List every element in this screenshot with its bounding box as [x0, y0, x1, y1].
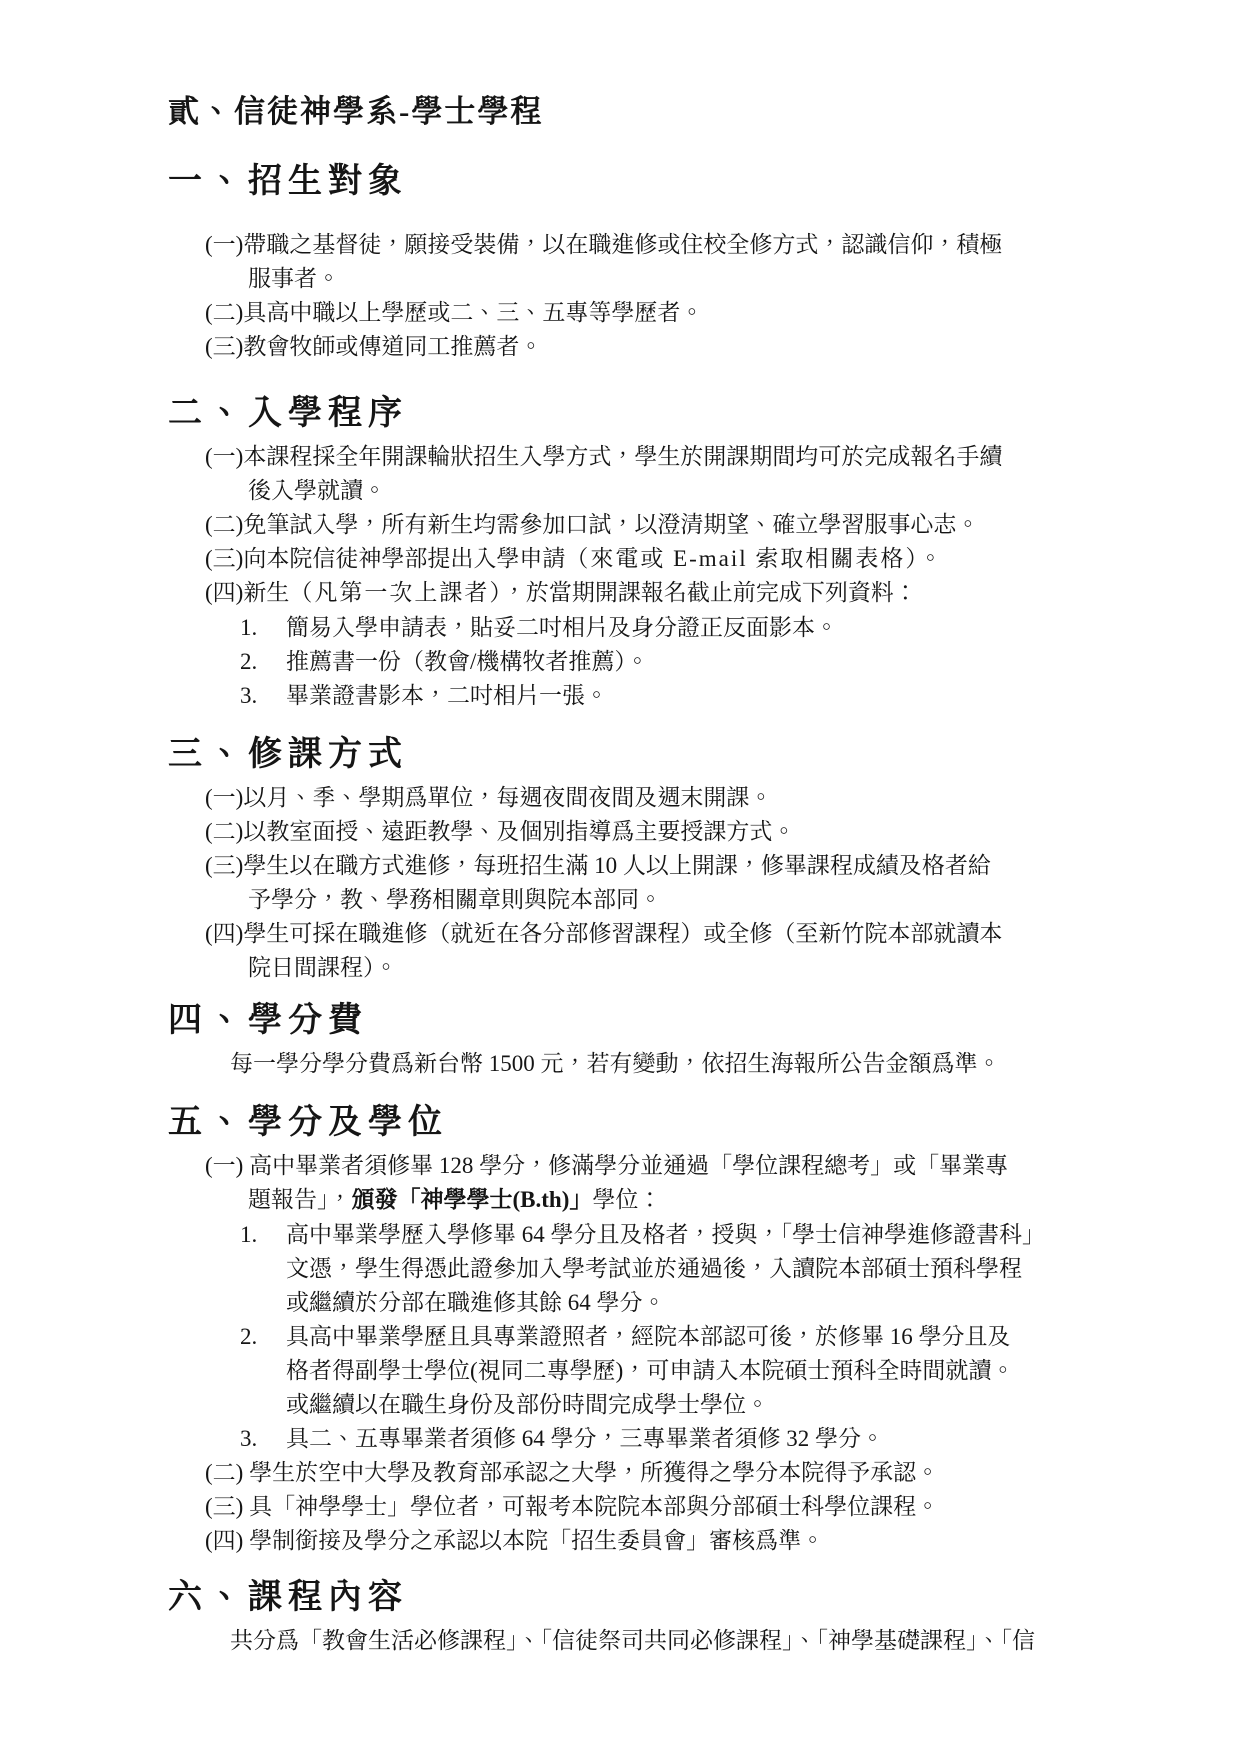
sub-item-text: 具高中畢業學歷且具專業證照者，經院本部認可後，於修畢 16 學分且及 格者得副學…: [286, 1320, 1185, 1422]
item-text: ，於當期開課報名截止前完成下列資料：: [503, 580, 917, 605]
section-heading: 四、學分費: [168, 999, 1185, 1043]
section-admission-targets: 一、招生對象 (一)帶職之基督徒，願接受裝備，以在職進修或住校全修方式，認識信仰…: [168, 160, 1185, 364]
list-item: (四)學生可採在職進修（就近在各分部修習課程）或全修（至新竹院本部就讀本 院日間…: [248, 917, 1185, 985]
sub-item-number: 2.: [240, 1320, 286, 1422]
sub-item: 3. 畢業證書影本，二吋相片一張。: [240, 679, 1185, 713]
list-item: (二)具高中職以上學歷或二、三、五專等學歷者。: [248, 296, 1185, 330]
section-heading: 六、課程內容: [168, 1576, 1185, 1620]
sub-item-number: 2.: [240, 645, 286, 679]
item-list: (一)帶職之基督徒，願接受裝備，以在職進修或住校全修方式，認識信仰，積極 服事者…: [168, 228, 1185, 364]
document-page: 貳、信徒神學系-學士學程 一、招生對象 (一)帶職之基督徒，願接受裝備，以在職進…: [0, 0, 1241, 1755]
sub-list: 1. 簡易入學申請表，貼妥二吋相片及身分證正反面影本。 2. 推薦書一份（教會/…: [240, 611, 1185, 713]
section-paragraph: 每一學分學分費爲新台幣 1500 元，若有變動，依招生海報所公告金額爲準。: [168, 1047, 1185, 1081]
sub-item: 1. 高中畢業學歷入學修畢 64 學分且及格者，授與，「學士信神學進修證書科」 …: [240, 1218, 1185, 1320]
list-item: (二)以教室面授、遠距教學、及個別指導爲主要授課方式。: [248, 815, 1185, 849]
item-text: (四)新生: [205, 580, 289, 605]
sub-item-number: 1.: [240, 611, 286, 645]
item-text-kai: （來電或 E-mail 索取相關表格）: [565, 546, 919, 571]
list-item: (三)教會牧師或傳道同工推薦者。: [248, 330, 1185, 364]
sub-item-text: 簡易入學申請表，貼妥二吋相片及身分證正反面影本。: [286, 611, 1185, 645]
sub-item-number: 3.: [240, 679, 286, 713]
item-text: 學位：: [592, 1187, 661, 1212]
sub-item: 3. 具二、五專畢業者須修 64 學分，三專畢業者須修 32 學分。: [240, 1422, 1185, 1456]
sub-list: 1. 高中畢業學歷入學修畢 64 學分且及格者，授與，「學士信神學進修證書科」 …: [240, 1218, 1185, 1456]
list-item: (一)本課程採全年開課輪狀招生入學方式，學生於開課期間均可於完成報名手續 後入學…: [248, 440, 1185, 508]
sub-item-text: 高中畢業學歷入學修畢 64 學分且及格者，授與，「學士信神學進修證書科」 文憑，…: [286, 1218, 1185, 1320]
item-text-kai: （凡第一次上課者）: [289, 580, 503, 605]
list-item: (一)帶職之基督徒，願接受裝備，以在職進修或住校全修方式，認識信仰，積極 服事者…: [248, 228, 1185, 296]
sub-item-text: 畢業證書影本，二吋相片一張。: [286, 679, 1185, 713]
list-item: (一)以月、季、學期爲單位，每週夜間夜間及週末開課。: [248, 781, 1185, 815]
item-list: (一)以月、季、學期爲單位，每週夜間夜間及週末開課。 (二)以教室面授、遠距教學…: [168, 781, 1185, 985]
section-credit-fee: 四、學分費 每一學分學分費爲新台幣 1500 元，若有變動，依招生海報所公告金額…: [168, 999, 1185, 1081]
list-item: (三) 具「神學學士」學位者，可報考本院院本部與分部碩士科學位課程。: [248, 1490, 1185, 1524]
sub-item: 2. 具高中畢業學歷且具專業證照者，經院本部認可後，於修畢 16 學分且及 格者…: [240, 1320, 1185, 1422]
section-heading: 一、招生對象: [168, 160, 1185, 204]
list-item: (四)新生（凡第一次上課者），於當期開課報名截止前完成下列資料：: [248, 576, 1185, 610]
sub-item-number: 1.: [240, 1218, 286, 1320]
list-item: (三)學生以在職方式進修，每班招生滿 10 人以上開課，修畢課程成績及格者給 予…: [248, 849, 1185, 917]
item-list: (一) 高中畢業者須修畢 128 學分，修滿學分並通過「學位課程總考」或「畢業專…: [168, 1149, 1185, 1558]
sub-item: 1. 簡易入學申請表，貼妥二吋相片及身分證正反面影本。: [240, 611, 1185, 645]
list-item: (二)免筆試入學，所有新生均需參加口試，以澄清期望、確立學習服事心志。: [248, 508, 1185, 542]
document-title: 貳、信徒神學系-學士學程: [168, 92, 1185, 132]
sub-item: 2. 推薦書一份（教會/機構牧者推薦）。: [240, 645, 1185, 679]
section-paragraph: 共分爲「教會生活必修課程」、「信徒祭司共同必修課程」、「神學基礎課程」、「信: [168, 1624, 1185, 1658]
sub-item-number: 3.: [240, 1422, 286, 1456]
list-item: (三)向本院信徒神學部提出入學申請（來電或 E-mail 索取相關表格）。: [248, 542, 1185, 576]
section-credits-and-degree: 五、學分及學位 (一) 高中畢業者須修畢 128 學分，修滿學分並通過「學位課程…: [168, 1101, 1185, 1558]
list-item: (一) 高中畢業者須修畢 128 學分，修滿學分並通過「學位課程總考」或「畢業專…: [248, 1149, 1185, 1217]
list-item: (二) 學生於空中大學及教育部承認之大學，所獲得之學分本院得予承認。: [248, 1456, 1185, 1490]
section-heading: 二、入學程序: [168, 392, 1185, 436]
section-course-content: 六、課程內容 共分爲「教會生活必修課程」、「信徒祭司共同必修課程」、「神學基礎課…: [168, 1576, 1185, 1658]
item-text: 。: [919, 546, 942, 571]
section-course-mode: 三、修課方式 (一)以月、季、學期爲單位，每週夜間夜間及週末開課。 (二)以教室…: [168, 733, 1185, 985]
list-item: (四) 學制銜接及學分之承認以本院「招生委員會」審核爲準。: [248, 1524, 1185, 1558]
item-text: (三)向本院信徒神學部提出入學申請: [205, 546, 565, 571]
sub-item-text: 推薦書一份（教會/機構牧者推薦）。: [286, 645, 1185, 679]
section-heading: 五、學分及學位: [168, 1101, 1185, 1145]
item-list: (一)本課程採全年開課輪狀招生入學方式，學生於開課期間均可於完成報名手續 後入學…: [168, 440, 1185, 713]
section-admission-procedure: 二、入學程序 (一)本課程採全年開課輪狀招生入學方式，學生於開課期間均可於完成報…: [168, 392, 1185, 713]
sub-item-text: 具二、五專畢業者須修 64 學分，三專畢業者須修 32 學分。: [286, 1422, 1185, 1456]
section-heading: 三、修課方式: [168, 733, 1185, 777]
item-text-bold: 頒發「神學學士(B.th)」: [352, 1187, 593, 1212]
